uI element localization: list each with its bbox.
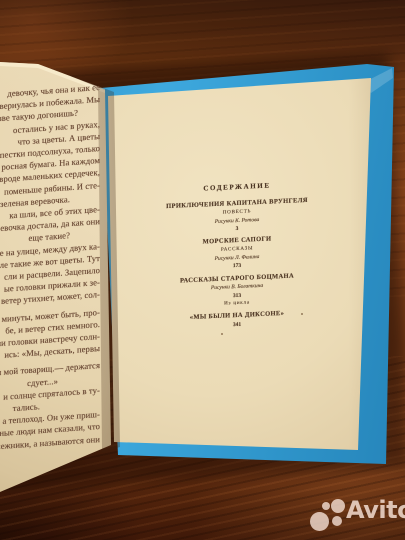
left-page-text: девочку, чья она и как еевернулась и поб…: [0, 81, 100, 456]
book-photo: девочку, чья она и как еевернулась и поб…: [0, 0, 405, 540]
logo-circle: [322, 502, 330, 510]
table-of-contents: СОДЕРЖАНИЕПРИКЛЮЧЕНИЯ КАПИТАНА ВРУНГЕЛЯП…: [127, 178, 347, 332]
avito-wordmark: Avito: [346, 496, 405, 524]
logo-circle: [331, 499, 345, 513]
page-speck: [221, 333, 223, 335]
logo-circle: [332, 516, 342, 526]
avito-watermark: Avito: [306, 494, 405, 536]
page-speck: [301, 313, 303, 315]
logo-circle: [310, 512, 329, 531]
